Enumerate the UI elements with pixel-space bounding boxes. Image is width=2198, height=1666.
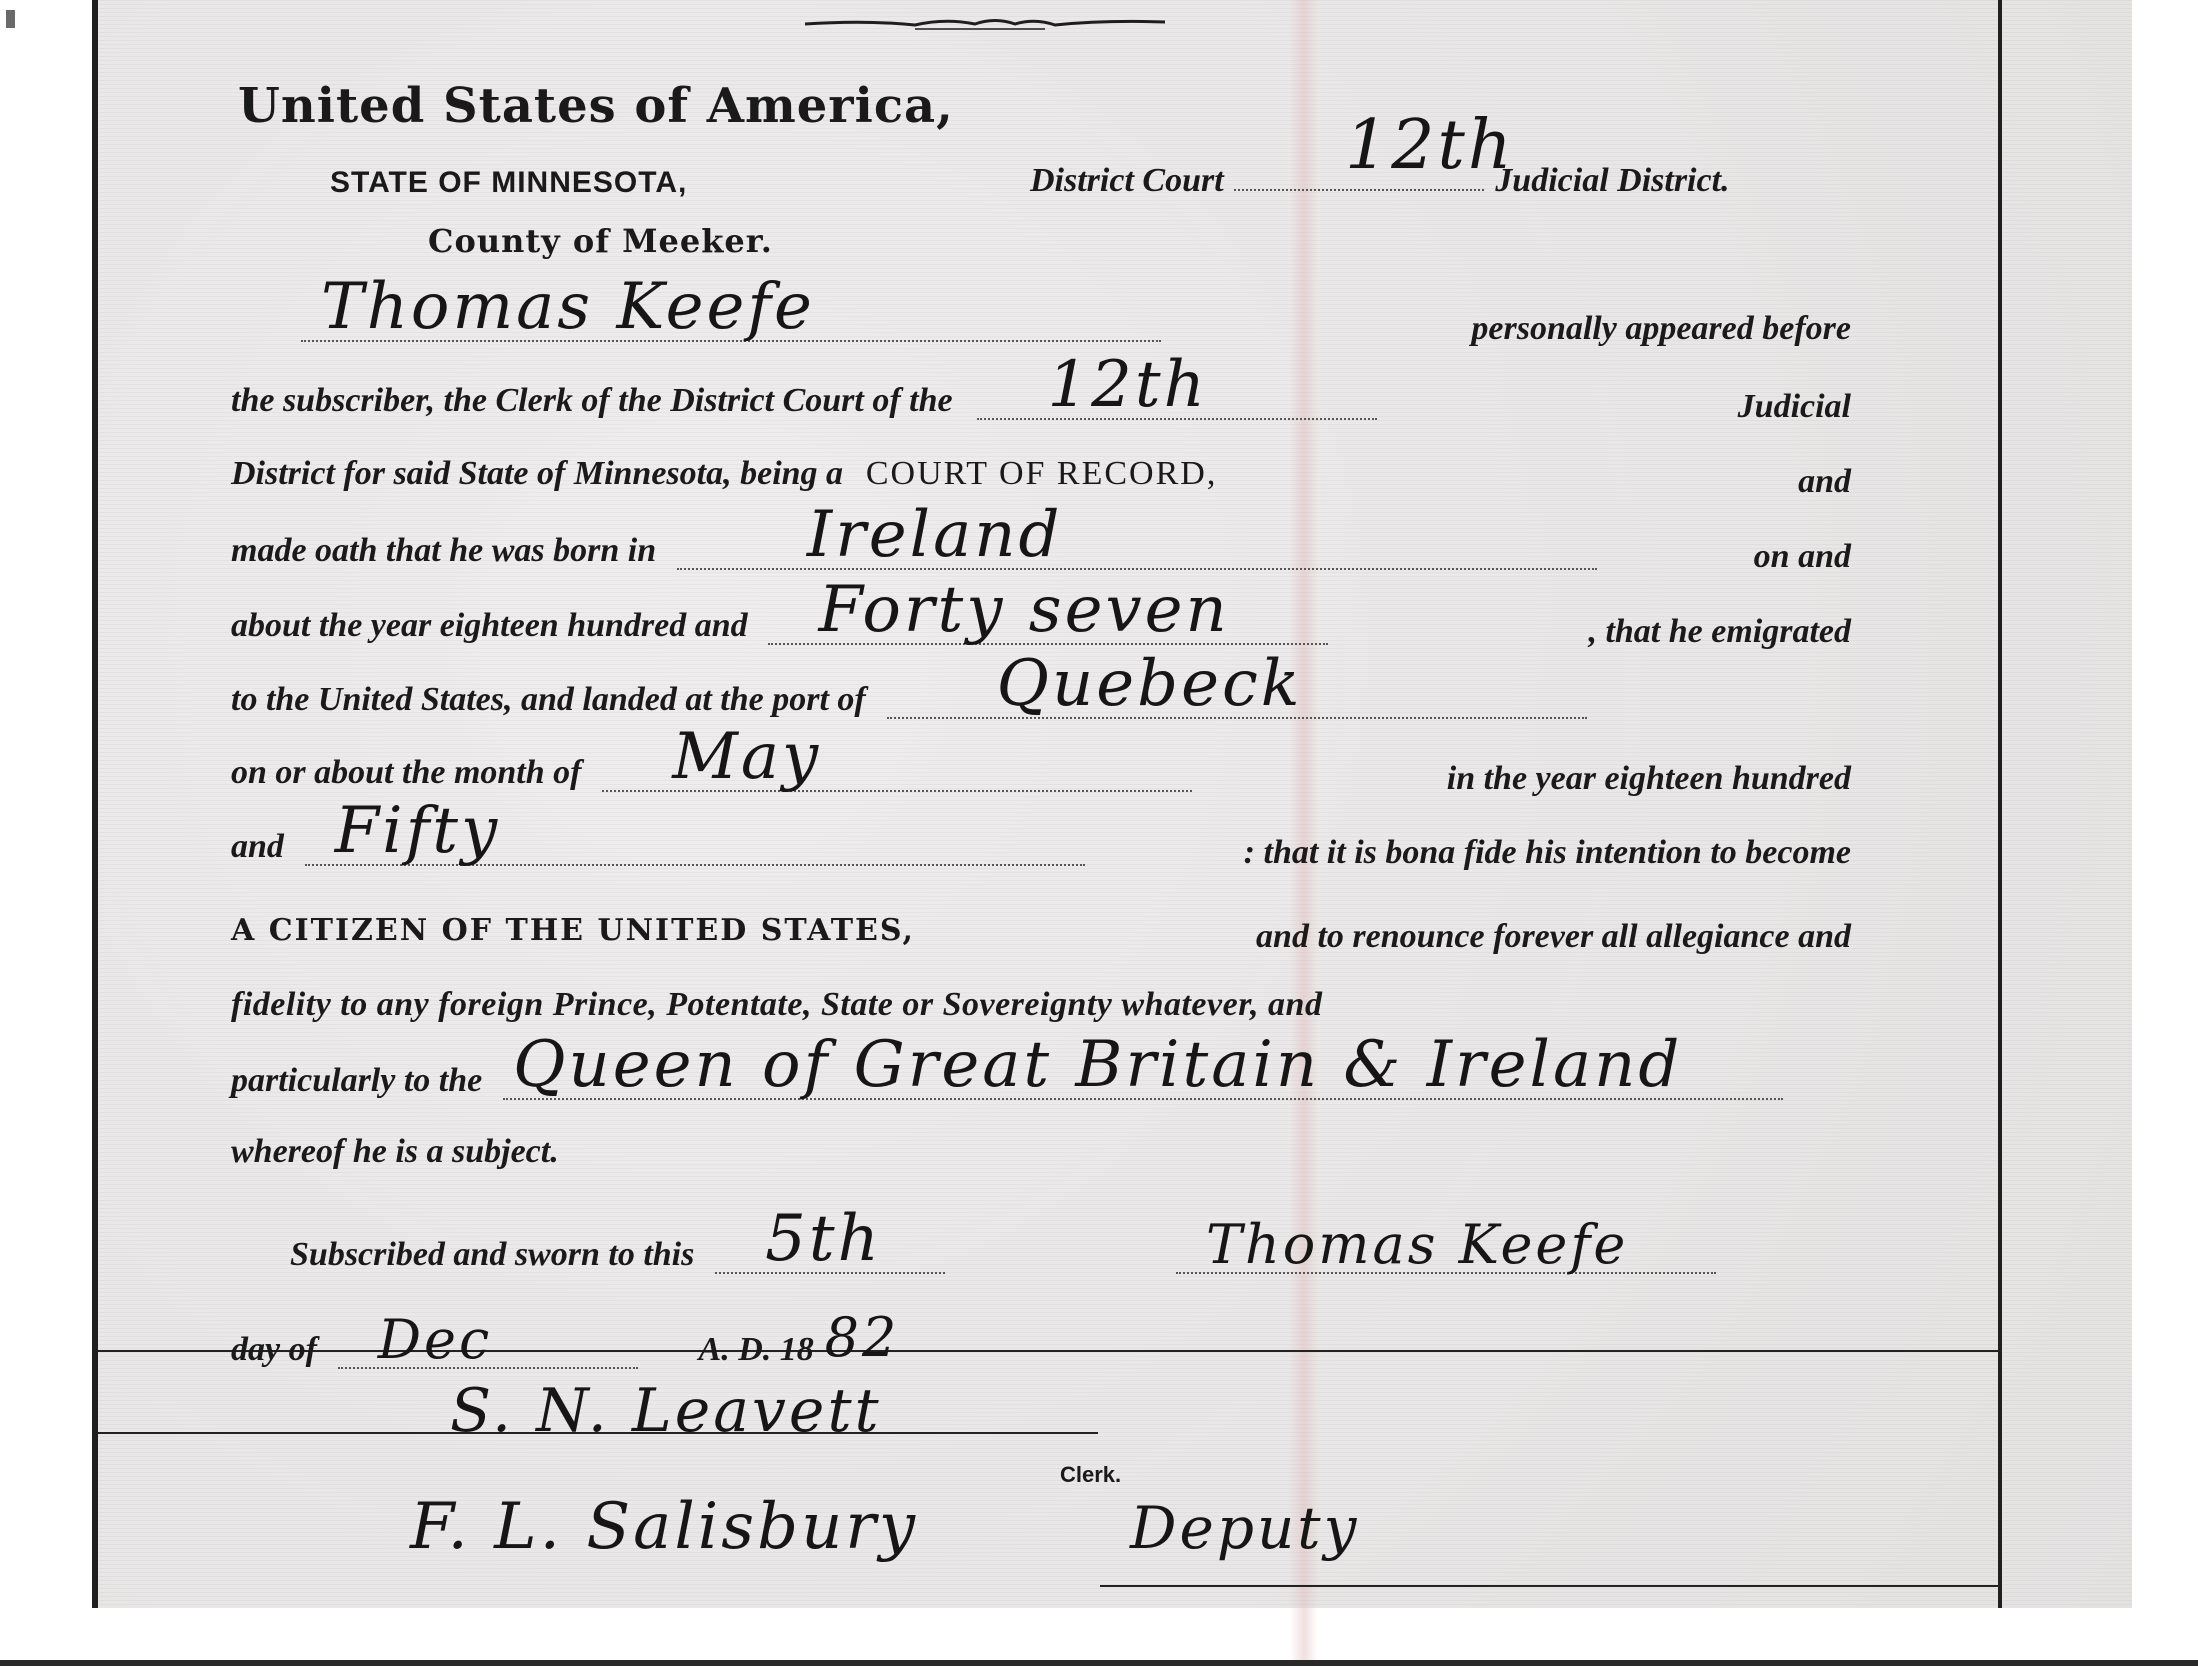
right-border-rule (1998, 0, 2002, 1608)
birth-year: Forty seven (818, 573, 1229, 647)
line-6-prefix: to the United States, and landed at the … (231, 681, 866, 719)
left-border-rule (92, 0, 98, 1608)
line-6: to the United States, and landed at the … (231, 677, 1851, 733)
line-8-prefix: and (231, 828, 284, 866)
clerk-signature: S. N. Leavett (450, 1376, 882, 1446)
deputy-rule (1100, 1585, 2000, 1587)
port-field: Quebeck (887, 677, 1587, 719)
birthplace: Ireland (807, 498, 1063, 572)
month-field: May (602, 750, 1192, 792)
oath-day: 5th (765, 1202, 882, 1276)
clerk-label: Clerk. (1060, 1462, 1121, 1488)
line-11: particularly to the Queen of Great Brita… (231, 1058, 1851, 1114)
district-number: 12th (1047, 348, 1207, 422)
county-label: County of Meeker. (428, 222, 773, 260)
line-10-text: fidelity to any foreign Prince, Potentat… (231, 986, 1322, 1024)
line-12: whereof he is a subject. (231, 1131, 1851, 1187)
state-label: STATE OF MINNESOTA, (330, 166, 687, 200)
line-3-text-b: and (1798, 463, 1851, 501)
sovereign: Queen of Great Britain & Ireland (513, 1028, 1682, 1102)
court-number-handwritten: 12th (1345, 106, 1515, 185)
oath-day-field: 5th (715, 1232, 945, 1274)
port-of-arrival: Quebeck (997, 647, 1303, 721)
line-12-text: whereof he is a subject. (231, 1133, 559, 1171)
court-suffix: Judicial District. (1495, 162, 1729, 199)
deputy-label: Deputy (1130, 1494, 1359, 1562)
line-7-suffix: in the year eighteen hundred (1447, 760, 1851, 798)
applicant-signature: Thomas Keefe (1206, 1213, 1628, 1276)
line-5-prefix: about the year eighteen hundred and (231, 607, 748, 645)
date-line: day of Dec A. D. 18 82 (231, 1306, 1851, 1362)
oath-line: Subscribed and sworn to this 5th Thomas … (290, 1232, 1850, 1288)
arrival-month: May (672, 720, 821, 794)
court-of-record-label: COURT OF RECORD, (866, 455, 1217, 493)
line-2-prefix: the subscriber, the Clerk of the Distric… (231, 382, 953, 420)
line-applicant: Thomas Keefe personally appeared before (231, 300, 1851, 356)
court-prefix: District Court (1030, 162, 1224, 199)
day-of-prefix: day of (231, 1331, 317, 1369)
line-11-prefix: particularly to the (231, 1062, 482, 1100)
line-1-text: personally appeared before (1471, 310, 1851, 348)
scan-bottom-edge (0, 1660, 2198, 1666)
line-8: and Fifty : that it is bona fide his int… (231, 824, 1851, 880)
citizen-caption: A CITIZEN OF THE UNITED STATES, (231, 913, 915, 948)
arrival-year-field: Fifty (305, 824, 1085, 866)
deputy-signature: F. L. Salisbury (410, 1490, 918, 1564)
birth-year-field: Forty seven (768, 603, 1328, 645)
line-2: the subscriber, the Clerk of the Distric… (231, 378, 1851, 434)
sovereign-field: Queen of Great Britain & Ireland (503, 1058, 1783, 1100)
district-number-field: 12th (977, 378, 1377, 420)
applicant-signature-field: Thomas Keefe (1176, 1232, 1716, 1274)
ad-prefix: A. D. 18 (699, 1331, 814, 1369)
ornament-flourish-icon (805, 16, 1165, 32)
arrival-year: Fifty (335, 794, 500, 868)
line-8-suffix: : that it is bona fide his intention to … (1244, 834, 1851, 872)
line-7-prefix: on or about the month of (231, 754, 581, 792)
oath-month-field: Dec (338, 1327, 638, 1369)
line-3-text-a: District for said State of Minnesota, be… (231, 455, 843, 493)
line-5-suffix: , that he emigrated (1588, 613, 1851, 651)
applicant-name-field: Thomas Keefe (301, 300, 1161, 342)
document-title: United States of America, (238, 78, 954, 134)
birthplace-field: Ireland (677, 528, 1597, 570)
line-2-suffix: Judicial (1738, 388, 1851, 426)
line-9-suffix: and to renounce forever all allegiance a… (1256, 918, 1851, 956)
oath-month: Dec (378, 1308, 493, 1371)
clerk-signature-rule (98, 1432, 1098, 1434)
applicant-name: Thomas Keefe (321, 270, 815, 344)
line-4-prefix: made oath that he was born in (231, 532, 656, 570)
scan-artifact (6, 10, 15, 28)
subscribed-prefix: Subscribed and sworn to this (290, 1236, 694, 1274)
line-4-suffix: on and (1754, 538, 1851, 576)
line-9: A CITIZEN OF THE UNITED STATES, and to r… (231, 908, 1851, 964)
oath-year: 82 (825, 1306, 900, 1369)
